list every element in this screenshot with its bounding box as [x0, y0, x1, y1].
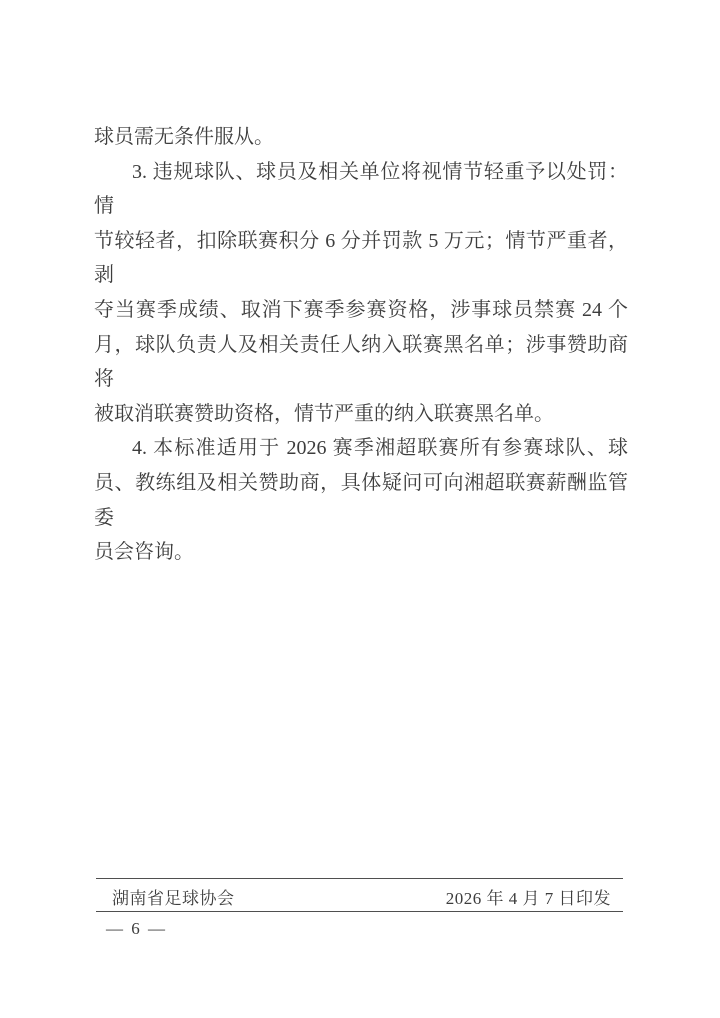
document-body: 球员需无条件服从。 3. 违规球队、球员及相关单位将视情节轻重予以处罚：情 节较… — [94, 120, 628, 570]
body-line: 员、教练组及相关赞助商，具体疑问可向湘超联赛薪酬监管委 — [94, 466, 628, 535]
page-number: — 6 — — [106, 919, 167, 939]
body-line: 4. 本标准适用于 2026 赛季湘超联赛所有参赛球队、球 — [94, 431, 628, 466]
body-line: 被取消联赛赞助资格，情节严重的纳入联赛黑名单。 — [94, 397, 628, 432]
footer-rule-top — [96, 878, 623, 879]
body-line: 节较轻者，扣除联赛积分 6 分并罚款 5 万元；情节严重者，剥 — [94, 224, 628, 293]
body-line: 月，球队负责人及相关责任人纳入联赛黑名单；涉事赞助商将 — [94, 328, 628, 397]
issuing-agency: 湖南省足球协会 — [96, 884, 235, 909]
body-line: 球员需无条件服从。 — [94, 120, 628, 155]
issue-date: 2026 年 4 月 7 日印发 — [446, 884, 623, 909]
footer-rule-bottom — [96, 911, 623, 912]
body-line: 夺当赛季成绩、取消下赛季参赛资格，涉事球员禁赛 24 个 — [94, 293, 628, 328]
body-line: 员会咨询。 — [94, 535, 628, 570]
body-line: 3. 违规球队、球员及相关单位将视情节轻重予以处罚：情 — [94, 155, 628, 224]
document-page: 球员需无条件服从。 3. 违规球队、球员及相关单位将视情节轻重予以处罚：情 节较… — [0, 0, 720, 1018]
footer: 湖南省足球协会 2026 年 4 月 7 日印发 — [96, 881, 623, 911]
